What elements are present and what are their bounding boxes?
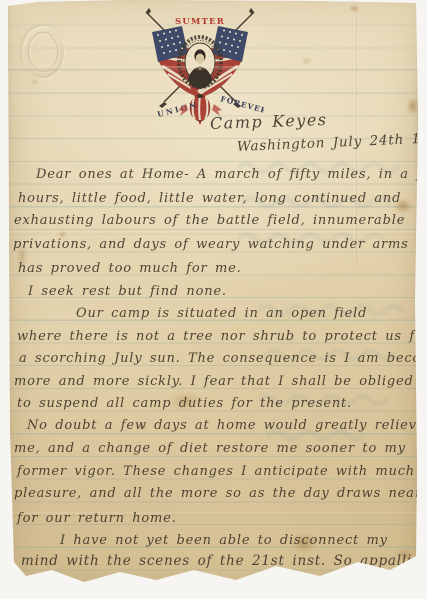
letter-line: a scorching July sun. The consequence is… [19,351,427,366]
letter-line: more and more sickly. I fear that I shal… [14,374,414,389]
stain [30,78,39,86]
letter-line: exhausting labours of the battle field, … [14,213,405,228]
letter-line: where there is not a tree nor shrub to p… [17,329,427,344]
letter-line: for our return home. [17,511,177,526]
scan-background: SUMTER [0,0,427,599]
stain [406,96,420,116]
letter-line: hours, little food, little water, long c… [18,191,401,206]
letter-line: me, and a change of diet restore me soon… [14,441,406,456]
letter-line: has proved too much for me. [18,261,242,276]
embossed-seal [22,26,64,78]
letter-line: former vigor. These changes I anticipate… [17,464,415,479]
letter-line: I have not yet been able to disconnect m… [60,533,388,548]
letter-paper: SUMTER [8,0,418,592]
letter-line: pleasure, and all the more so as the day… [14,486,422,501]
letter-line: privations, and days of weary watching u… [13,237,409,252]
sumter-label: SUMTER [175,17,225,27]
letter-line: to suspend all camp duties for the prese… [17,396,352,411]
letter-line: mind with the scenes of the 21st inst. S… [21,553,427,569]
stain [348,4,360,13]
letter-line: Our camp is situated in an open field [76,306,367,321]
letter-line: Dear ones at Home- A march of fifty mile… [36,167,427,182]
letter-line: No doubt a few days at home would greatl… [27,418,425,433]
stain [300,56,313,66]
letter-line: I seek rest but find none. [28,284,227,299]
